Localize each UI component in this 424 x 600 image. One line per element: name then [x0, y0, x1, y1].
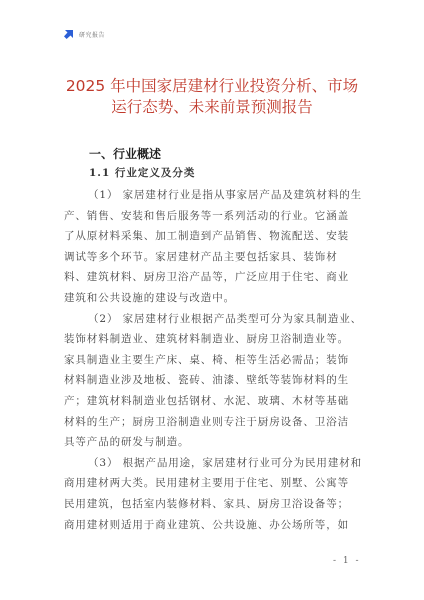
body-line: （1） 家居建材行业是指从事家居产品及建筑材料的生 — [64, 185, 362, 206]
body-text: （1） 家居建材行业是指从事家居产品及建筑材料的生 产、销售、安装和售后服务等一… — [64, 185, 362, 535]
body-line: 调试等多个环节。家居建材产品主要包括家具、装饰材 — [64, 247, 362, 268]
body-line: 具等产品的研发与制造。 — [64, 432, 362, 453]
body-line: 建筑和公共设施的建设与改造中。 — [64, 288, 362, 309]
body-line: 商用建材则适用于商业建筑、公共设施、办公场所等，如 — [64, 515, 362, 536]
body-line: （3） 根据产品用途，家居建材行业可分为民用建材和 — [64, 453, 362, 474]
body-line: 产；建筑材料制造业包括钢材、水泥、玻璃、木材等基础 — [64, 391, 362, 412]
document-title: 2025 年中国家居建材行业投资分析、市场 运行态势、未来前景预测报告 — [0, 76, 424, 118]
body-line: （2） 家居建材行业根据产品类型可分为家具制造业、 — [64, 309, 362, 330]
body-line: 产、销售、安装和售后服务等一系列活动的行业。它涵盖 — [64, 206, 362, 227]
body-line: 料、建筑材料、厨房卫浴产品等，广泛应用于住宅、商业 — [64, 267, 362, 288]
body-line: 装饰材料制造业、建筑材料制造业、厨房卫浴制造业等。 — [64, 329, 362, 350]
body-line: 家具制造业主要生产床、桌、椅、柜等生活必需品；装饰 — [64, 350, 362, 371]
report-header: 研究报告 — [64, 29, 105, 39]
section-heading: 一、行业概述 — [89, 145, 161, 162]
body-line: 了从原材料采集、加工制造到产品销售、物流配送、安装 — [64, 226, 362, 247]
body-line: 商用建材两大类。民用建材主要用于住宅、别墅、公寓等 — [64, 473, 362, 494]
header-label: 研究报告 — [79, 30, 105, 39]
page-number: - 1 - — [333, 556, 361, 566]
body-line: 民用建筑，包括室内装修材料、家具、厨房卫浴设备等； — [64, 494, 362, 515]
title-line-2: 运行态势、未来前景预测报告 — [0, 97, 424, 118]
title-line-1: 2025 年中国家居建材行业投资分析、市场 — [0, 76, 424, 97]
body-line: 材料制造业涉及地板、瓷砖、油漆、壁纸等装饰材料的生 — [64, 370, 362, 391]
subsection-heading: 1.1 行业定义及分类 — [89, 165, 195, 180]
arrow-up-right-logo-icon — [64, 29, 74, 39]
body-line: 材料的生产；厨房卫浴制造业则专注于厨房设备、卫浴洁 — [64, 412, 362, 433]
